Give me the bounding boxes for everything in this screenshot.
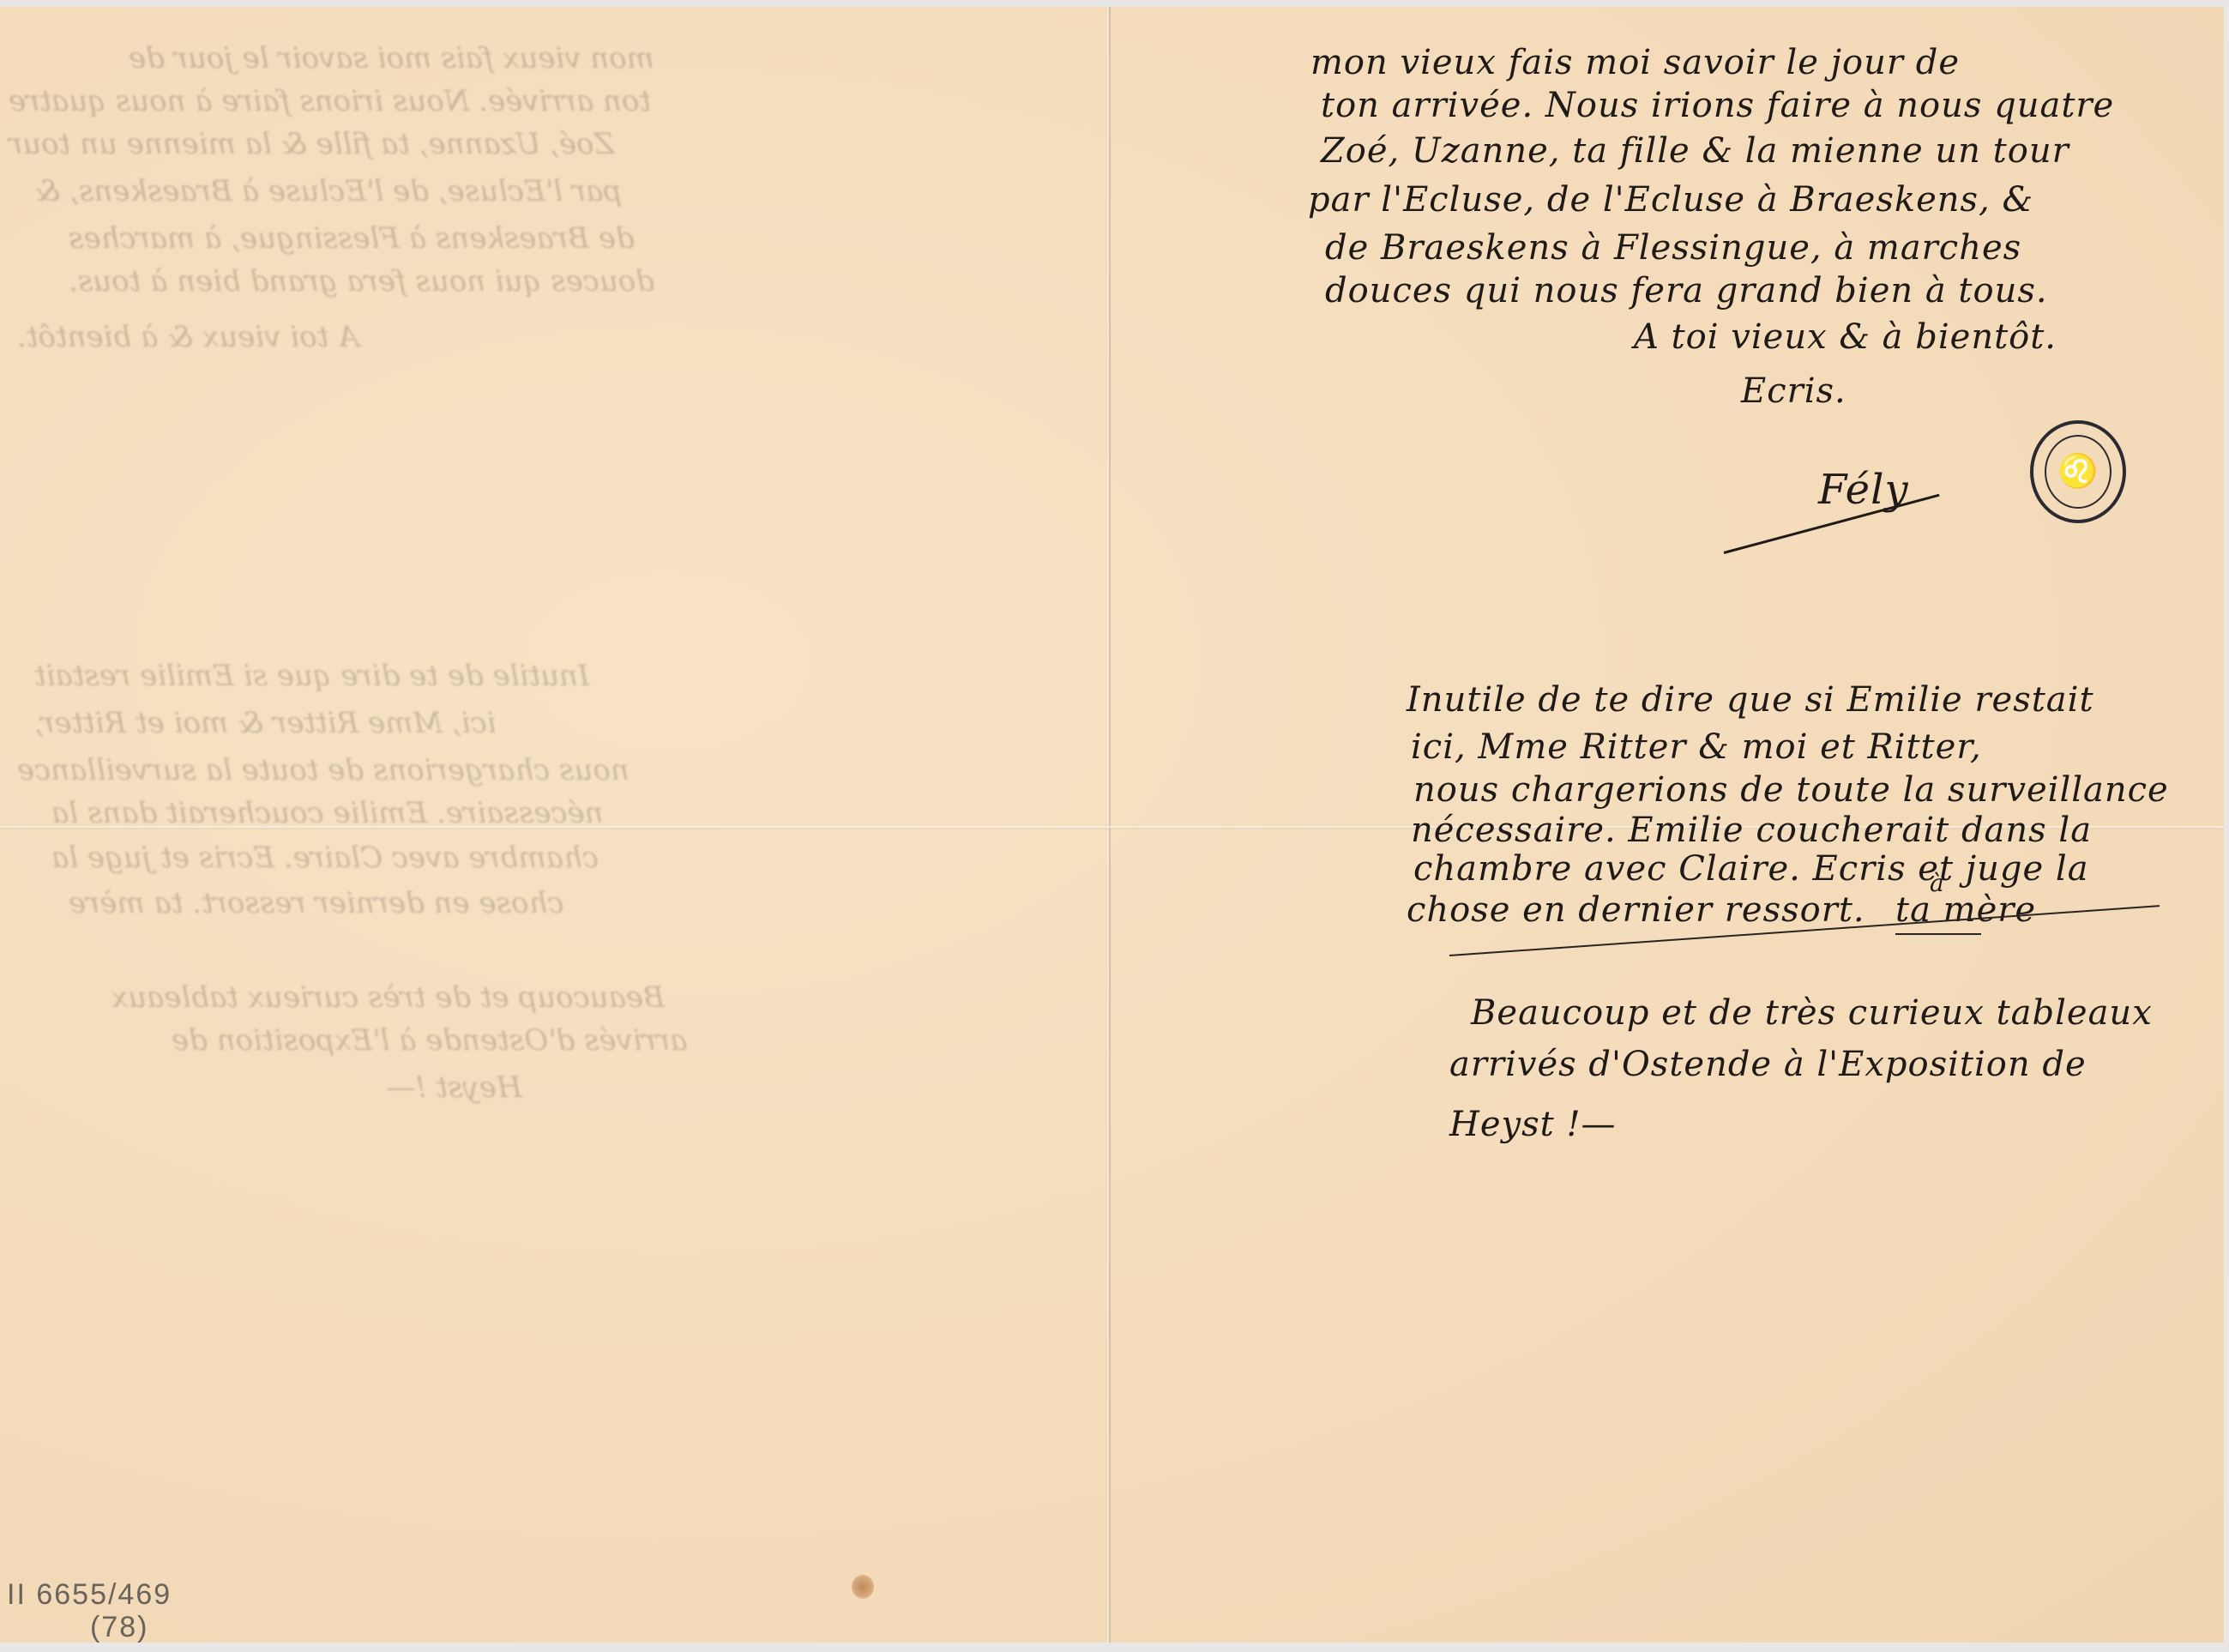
- bleed-line: par l'Ecluse, de l'Ecluse à Braeskens, &: [34, 174, 622, 208]
- postscript-line: chose en dernier ressort.: [1407, 890, 1865, 930]
- postscript-line: chambre avec Claire. Ecris et juge la: [1413, 849, 2089, 889]
- letter-line: mon vieux fais moi savoir le jour de: [1310, 43, 1960, 82]
- bleed-line: douces qui nous fera grand bien à tous.: [69, 264, 654, 298]
- letter-line: douces qui nous fera grand bien à tous.: [1325, 271, 2048, 311]
- closing-line: A toi vieux & à bientôt.: [1634, 317, 2057, 357]
- bleed-line: nécessaire. Emilie coucherait dans la: [51, 796, 604, 830]
- bleed-line: ici, Mme Ritter & moi et Ritter,: [34, 706, 497, 740]
- shelfmark-line1: II 6655/469: [7, 1578, 172, 1612]
- letter-line: par l'Ecluse, de l'Ecluse à Braeskens, &: [1308, 180, 2033, 220]
- library-stamp: ♌: [2030, 420, 2126, 523]
- bleed-line: ton arrivée. Nous irions faire à nous qu…: [9, 84, 651, 118]
- bleed-line: Beaucoup et de très curieux tableaux: [111, 980, 665, 1015]
- bleed-line: Zoé, Uzanne, ta fille & la mienne un tou…: [9, 127, 614, 161]
- bleed-line: nous chargerions de toute la surveillanc…: [17, 753, 630, 787]
- postscript2-line: Beaucoup et de très curieux tableaux: [1471, 993, 2153, 1033]
- bleed-line: de Braeskens à Flessingue, à marches: [69, 221, 635, 256]
- bleed-line: chambre avec Claire. Ecris et juge la: [51, 841, 599, 875]
- underline-rule: [1895, 933, 1981, 935]
- postscript-line: ici, Mme Ritter & moi et Ritter,: [1411, 727, 1982, 767]
- bleed-line: Inutile de te dire que si Emilie restait: [34, 659, 589, 693]
- lion-emblem-icon: ♌: [2045, 435, 2112, 509]
- postscript2-line: arrivés d'Ostende à l'Exposition de: [1449, 1045, 2087, 1084]
- postscript2-line: Heyst !—: [1449, 1105, 1617, 1144]
- bleed-line: mon vieux fais moi savoir le jour de: [129, 41, 654, 75]
- bleed-line: Heyst !—: [386, 1070, 522, 1105]
- closing-ecris: Ecris.: [1741, 371, 1846, 411]
- postscript-line: nécessaire. Emilie coucherait dans la: [1411, 811, 2092, 850]
- postscript-signoff: ta mère: [1895, 890, 2036, 930]
- shelfmark-line2: (78): [90, 1611, 148, 1644]
- letter-line: de Braeskens à Flessingue, à marches: [1325, 228, 2021, 268]
- letter-line: Zoé, Uzanne, ta fille & la mienne un tou…: [1321, 131, 2069, 171]
- letter-sheet: mon vieux fais moi savoir le jour de ton…: [0, 7, 2224, 1643]
- left-page: mon vieux fais moi savoir le jour de ton…: [0, 7, 1106, 1643]
- bleed-line: chose en dernier ressort. ta mère: [69, 886, 563, 920]
- bleed-line: arrivés d'Ostende à l'Exposition de: [172, 1023, 688, 1058]
- bleed-line: A toi vieux & à bientôt.: [17, 320, 359, 354]
- postscript-line: nous chargerions de toute la surveillanc…: [1413, 770, 2169, 810]
- letter-line: ton arrivée. Nous irions faire à nous qu…: [1321, 86, 2114, 125]
- stain-mark: [852, 1575, 874, 1599]
- postscript-line: Inutile de te dire que si Emilie restait: [1407, 680, 2094, 720]
